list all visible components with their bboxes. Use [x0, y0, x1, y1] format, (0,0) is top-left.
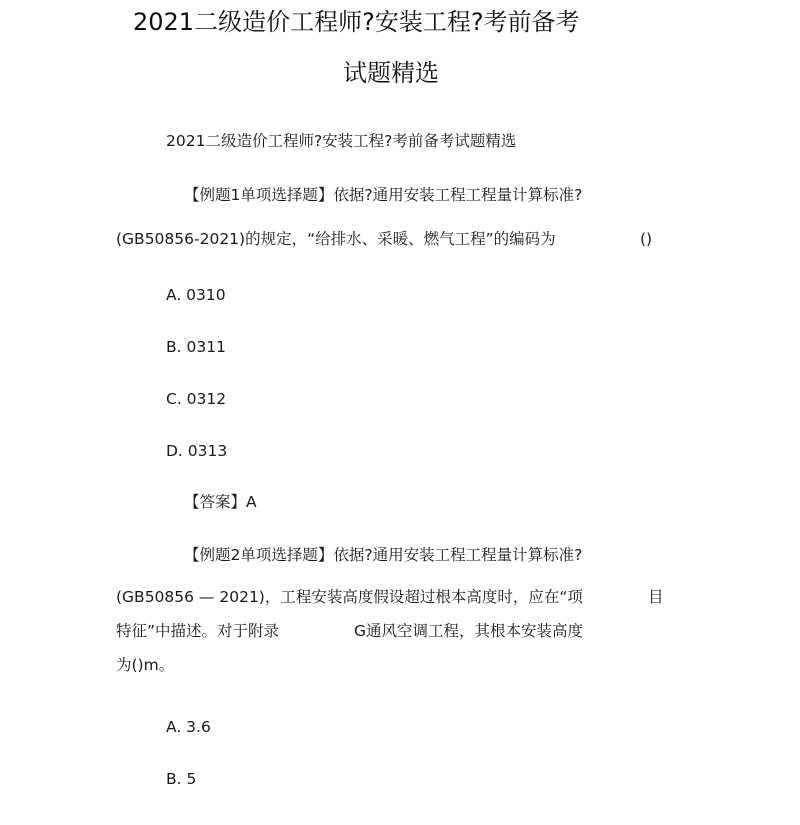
question-2-stem-line2-end: 目: [648, 590, 664, 606]
question-1-stem-line2: (GB50856-2021)的规定，“给排水、采暖、燃气工程”的编码为: [116, 232, 556, 248]
question-1-option-c: C. 0312: [166, 392, 226, 408]
question-1-blank: (): [640, 232, 652, 248]
question-1-stem-line1: 【例题1单项选择题】依据?通用安装工程工程量计算标准?: [184, 188, 582, 204]
question-2-stem-line4: 为()m。: [116, 658, 174, 674]
question-1-option-b: B. 0311: [166, 340, 226, 356]
question-2-option-a: A. 3.6: [166, 720, 211, 736]
question-2-stem-line1: 【例题2单项选择题】依据?通用安装工程工程量计算标准?: [184, 548, 582, 564]
question-1-option-d: D. 0313: [166, 444, 227, 460]
question-2-stem-line3-cont: G通风空调工程，其根本安装高度: [354, 624, 583, 640]
document-title-line2: 试题精选: [343, 61, 439, 85]
question-1-answer: 【答案】A: [184, 495, 257, 511]
document-subtitle: 2021二级造价工程师?安装工程?考前备考试题精选: [166, 134, 516, 150]
question-1-option-a: A. 0310: [166, 288, 226, 304]
question-2-stem-line3: 特征”中描述。对于附录: [116, 624, 279, 640]
question-2-option-b: B. 5: [166, 772, 196, 788]
question-2-stem-line2: (GB50856 — 2021)，工程安装高度假设超过根本高度时，应在“项: [116, 590, 583, 606]
document-title-line1: 2021二级造价工程师?安装工程?考前备考: [133, 10, 580, 34]
